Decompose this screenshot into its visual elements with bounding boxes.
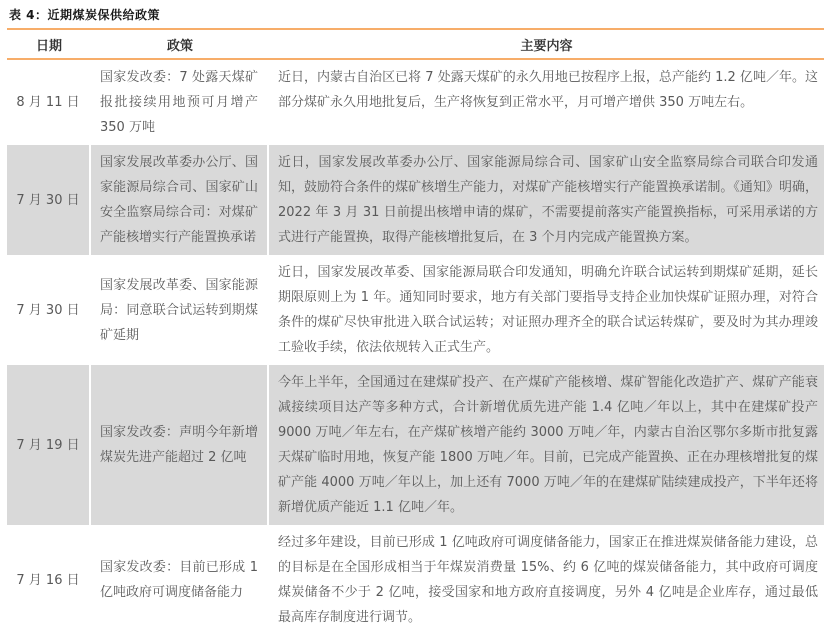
cell-content: 近日，国家发展改革委、国家能源局联合印发通知，明确允许联合试运转到期煤矿延期，延… [269, 255, 824, 365]
table-row: 8 月 11 日 国家发改委：7 处露天煤矿报批接续用地预可月增产 350 万吨… [7, 60, 824, 145]
cell-date: 7 月 30 日 [7, 145, 91, 255]
policy-text: 国家发改委：目前已形成 1 亿吨政府可调度储备能力 [91, 555, 267, 605]
cell-content: 今年上半年，全国通过在建煤矿投产、在产煤矿产能核增、煤矿智能化改造扩产、煤矿产能… [269, 365, 824, 525]
policy-table: 日期 政策 主要内容 8 月 11 日 国家发改委：7 处露天煤矿报批接续用地预… [7, 28, 824, 635]
cell-date: 7 月 19 日 [7, 365, 91, 525]
policy-text: 国家发改委：7 处露天煤矿报批接续用地预可月增产 350 万吨 [91, 65, 267, 140]
cell-date: 8 月 11 日 [7, 60, 91, 145]
table-row: 7 月 30 日 国家发展改革委、国家能源局：同意联合试运转到期煤矿延期 近日，… [7, 255, 824, 365]
cell-policy: 国家发展改革委、国家能源局：同意联合试运转到期煤矿延期 [91, 255, 269, 365]
cell-policy: 国家发改委：目前已形成 1 亿吨政府可调度储备能力 [91, 525, 269, 635]
table-row: 7 月 30 日 国家发展改革委办公厅、国家能源局综合司、国家矿山安全监察局综合… [7, 145, 824, 255]
table-header-row: 日期 政策 主要内容 [7, 30, 824, 60]
table-row: 7 月 16 日 国家发改委：目前已形成 1 亿吨政府可调度储备能力 经过多年建… [7, 525, 824, 635]
cell-policy: 国家发改委：7 处露天煤矿报批接续用地预可月增产 350 万吨 [91, 60, 269, 145]
report-table-page: 表 4：近期煤炭保供给政策 日期 政策 主要内容 8 月 11 日 国家发改委：… [0, 0, 831, 643]
table-title: 表 4：近期煤炭保供给政策 [0, 4, 831, 28]
cell-content: 经过多年建设，目前已形成 1 亿吨政府可调度储备能力，国家正在推进煤炭储备能力建… [269, 525, 824, 635]
cell-content: 近日，内蒙古自治区已将 7 处露天煤矿的永久用地已按程序上报，总产能约 1.2 … [269, 60, 824, 145]
cell-content: 近日，国家发展改革委办公厅、国家能源局综合司、国家矿山安全监察局综合司联合印发通… [269, 145, 824, 255]
table-row: 7 月 19 日 国家发改委：声明今年新增煤炭先进产能超过 2 亿吨 今年上半年… [7, 365, 824, 525]
policy-text: 国家发展改革委办公厅、国家能源局综合司、国家矿山安全监察局综合司：对煤矿产能核增… [91, 150, 267, 250]
header-policy: 政策 [91, 35, 269, 54]
cell-date: 7 月 16 日 [7, 525, 91, 635]
header-date: 日期 [7, 35, 91, 54]
policy-text: 国家发改委：声明今年新增煤炭先进产能超过 2 亿吨 [91, 420, 267, 470]
header-content: 主要内容 [269, 35, 824, 54]
cell-policy: 国家发展改革委办公厅、国家能源局综合司、国家矿山安全监察局综合司：对煤矿产能核增… [91, 145, 269, 255]
policy-text: 国家发展改革委、国家能源局：同意联合试运转到期煤矿延期 [91, 273, 267, 348]
cell-date: 7 月 30 日 [7, 255, 91, 365]
cell-policy: 国家发改委：声明今年新增煤炭先进产能超过 2 亿吨 [91, 365, 269, 525]
